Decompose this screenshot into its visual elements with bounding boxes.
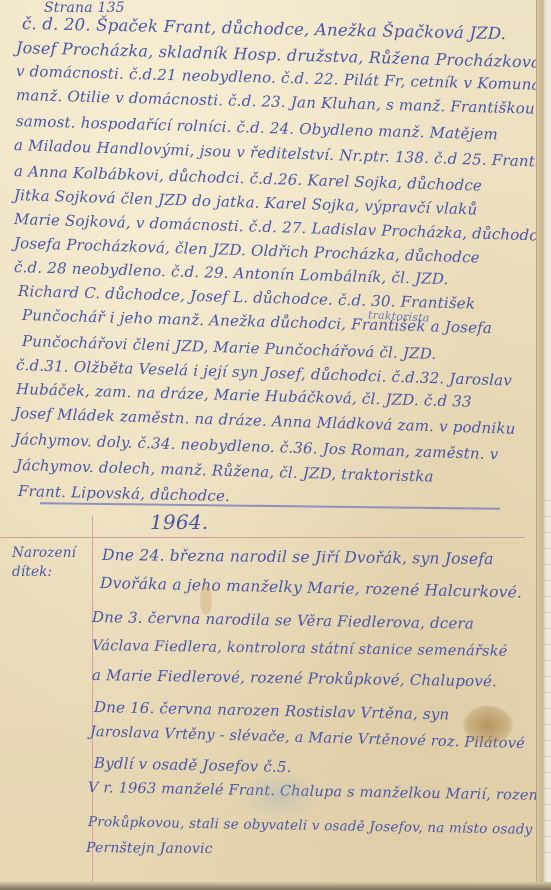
birth-line: Jaroslava Vrtěny - slévače, a Marie Vrtě… — [90, 724, 525, 752]
record-line: č. d. 20. Špaček Frant, důchodce, Anežka… — [22, 14, 507, 43]
birth-line: Pernštejn Janovic — [86, 840, 213, 857]
paper-stain — [463, 705, 513, 745]
birth-line: Dne 16. června narozen Rostislav Vrtěna,… — [94, 698, 450, 723]
adjacent-page-grid — [541, 500, 551, 860]
section-divider-line — [40, 502, 500, 510]
birth-line: Dne 3. června narodila se Věra Fiedlerov… — [92, 608, 474, 633]
ledger-horizontal-rule — [0, 537, 525, 538]
birth-line: Václava Fiedlera, kontrolora státní stan… — [92, 638, 508, 660]
record-line: Jáchymov. dolech, manž. Růžena, čl. JZD,… — [16, 456, 434, 486]
page-header-note: Strana 135 — [44, 0, 125, 16]
birth-line: Dvořáka a jeho manželky Marie, rozené Ha… — [100, 574, 523, 602]
page-bottom-edge — [0, 882, 551, 890]
birth-line: a Marie Fiedlerové, rozené Prokůpkové, C… — [92, 666, 497, 690]
margin-label: dítek: — [12, 564, 52, 580]
year-heading: 1964. — [150, 510, 208, 534]
ink-smudge — [240, 770, 320, 820]
chronicle-page: Strana 135 č. d. 20. Špaček Frant, důcho… — [0, 0, 540, 890]
ledger-margin-rule — [92, 516, 93, 886]
margin-label: Narození — [12, 545, 76, 561]
birth-line: Dne 24. března narodil se Jiří Dvořák, s… — [102, 546, 494, 568]
paper-stain — [200, 585, 212, 615]
